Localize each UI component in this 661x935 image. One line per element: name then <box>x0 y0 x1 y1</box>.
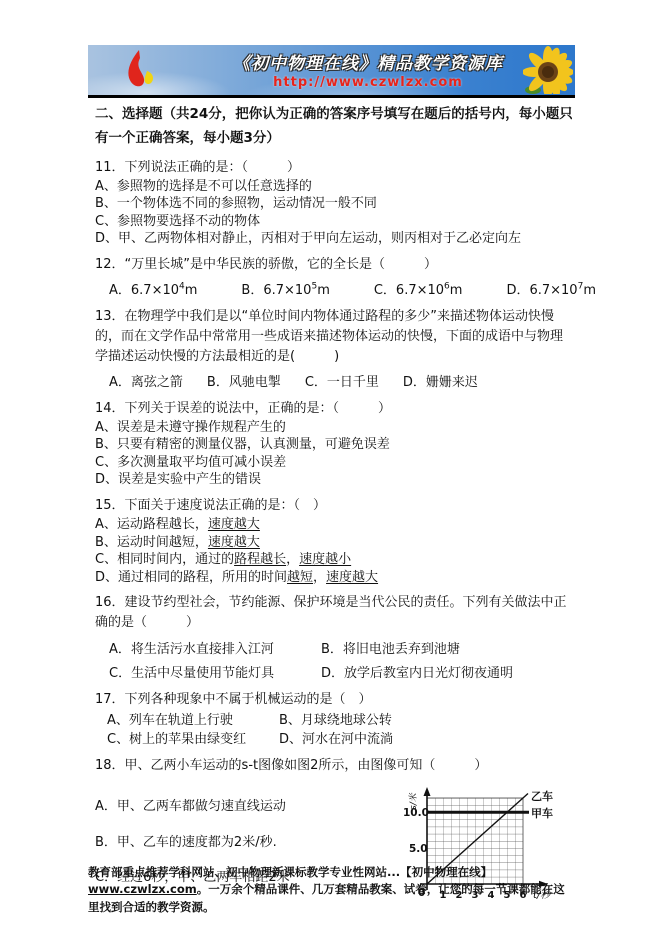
option-c: C．6.7×106m <box>374 282 463 300</box>
section-heading: 二、选择题（共24分，把你认为正确的答案序号填写在题后的括号内，每小题只有一个正… <box>95 102 573 151</box>
question-stem: 13．在物理学中我们是以“单位时间内物体通过路程的多少”来描述物体运动快慢的，而… <box>95 307 573 367</box>
banner-text-block: 《初中物理在线》精品教学资源库 http://www.czwlzx.com <box>198 49 538 90</box>
series-label-jiache: 甲车 <box>531 806 553 820</box>
option-b: B．将旧电池丢弃到池塘 <box>321 641 460 659</box>
option-a: A、列车在轨道上行驶 <box>107 712 279 730</box>
option-c: C．生活中尽量使用节能灯具 <box>109 665 321 683</box>
option-a: A、运动路程越长，速度越大 <box>95 516 573 534</box>
option-row: C．生活中尽量使用节能灯具 D．放学后教室内日光灯彻夜通明 <box>109 665 573 683</box>
option-b: B．风驰电掣 <box>207 374 281 392</box>
option-d: D、甲、乙两物体相对静止，丙相对于甲向左运动，则丙相对于乙必定向左 <box>95 230 573 248</box>
footer-promo: 教育部重点推荐学科网站、初中物理新课标教学专业性网站...【初中物理在线】www… <box>88 864 575 917</box>
site-title: 《初中物理在线》精品教学资源库 <box>198 49 538 74</box>
question-stem: 12．“万里长城”是中华民族的骄傲，它的全长是（ ） <box>95 255 573 275</box>
exam-page: 《初中物理在线》精品教学资源库 http://www.czwlzx.com <box>0 0 661 935</box>
option-b: B、月球绕地球公转 <box>279 712 392 730</box>
question-stem: 14．下列关于误差的说法中，正确的是：（ ） <box>95 399 573 419</box>
option-row: A．将生活污水直接排入江河 B．将旧电池丢弃到池塘 <box>109 641 573 659</box>
question-12: 12．“万里长城”是中华民族的骄傲，它的全长是（ ） A．6.7×104m B．… <box>95 255 573 300</box>
question-14: 14．下列关于误差的说法中，正确的是：（ ） A、误差是未遵守操作规程产生的 B… <box>95 399 573 489</box>
site-url: http://www.czwlzx.com <box>198 75 538 90</box>
option-b: B．6.7×105m <box>241 282 329 300</box>
option-b: B、一个物体选不同的参照物，运动情况一般不同 <box>95 195 573 213</box>
option-b: B、只要有精密的测量仪器，认真测量，可避免误差 <box>95 436 573 454</box>
y-axis-label: s/米 <box>408 792 419 810</box>
y-tick-5: 5.0 <box>409 843 428 855</box>
site-banner: 《初中物理在线》精品教学资源库 http://www.czwlzx.com <box>88 45 575 98</box>
question-stem: 17．下列各种现象中不属于机械运动的是（ ） <box>95 690 573 710</box>
question-11: 11．下列说法正确的是：（ ） A、参照物的选择是不可以任意选择的 B、一个物体… <box>95 158 573 248</box>
question-13: 13．在物理学中我们是以“单位时间内物体通过路程的多少”来描述物体运动快慢的，而… <box>95 307 573 392</box>
option-d: D、通过相同的路程，所用的时间越短，速度越大 <box>95 569 573 587</box>
question-16: 16．建设节约型社会，节约能源、保护环境是当代公民的责任。下列有关做法中正确的是… <box>95 593 573 682</box>
option-d: D．姗姗来迟 <box>403 374 478 392</box>
question-stem: 11．下列说法正确的是：（ ） <box>95 158 573 178</box>
option-a: A、参照物的选择是不可以任意选择的 <box>95 178 573 196</box>
option-row: A．6.7×104m B．6.7×105m C．6.7×106m D．6.7×1… <box>109 282 573 300</box>
option-a: A．离弦之箭 <box>109 374 183 392</box>
question-17: 17．下列各种现象中不属于机械运动的是（ ） A、列车在轨道上行驶 B、月球绕地… <box>95 690 573 749</box>
option-a: A．甲、乙两车都做匀速直线运动 <box>95 798 395 816</box>
footer-text-pre: 教育部重点推荐学科网站、初中物理新课标教学专业性网站...【初中物理在线】 <box>88 865 492 879</box>
option-row: C、树上的苹果由绿变红 D、河水在河中流淌 <box>107 731 573 749</box>
question-15: 15．下面关于速度说法正确的是：（ ） A、运动路程越长，速度越大 B、运动时间… <box>95 496 573 586</box>
option-c: C、树上的苹果由绿变红 <box>107 731 279 749</box>
question-stem: 18．甲、乙两小车运动的s-t图像如图2所示，由图像可知（ ） <box>95 756 573 776</box>
option-d: D、误差是实验中产生的错误 <box>95 471 573 489</box>
option-d: D．放学后教室内日光灯彻夜通明 <box>321 665 513 683</box>
option-b: B、运动时间越短，速度越大 <box>95 534 573 552</box>
series-label-yiche: 乙车 <box>531 789 553 803</box>
option-d: D、河水在河中流淌 <box>279 731 393 749</box>
question-stem: 16．建设节约型社会，节约能源、保护环境是当代公民的责任。下列有关做法中正确的是… <box>95 593 573 633</box>
option-row: A．离弦之箭 B．风驰电掣 C．一日千里 D．姗姗来迟 <box>109 374 573 392</box>
y-axis-arrow-icon <box>424 787 431 796</box>
question-stem: 15．下面关于速度说法正确的是：（ ） <box>95 496 573 516</box>
option-d: D．6.7×107m <box>506 282 596 300</box>
option-c: C、参照物要选择不动的物体 <box>95 213 573 231</box>
sunflower-icon <box>523 46 573 98</box>
exam-content: 二、选择题（共24分，把你认为正确的答案序号填写在题后的括号内，每小题只有一个正… <box>95 102 573 910</box>
option-b: B．甲、乙车的速度都为2米/秒. <box>95 834 395 852</box>
site-logo-icon <box>124 49 160 95</box>
footer-url-link[interactable]: www.czwlzx.com <box>88 882 197 896</box>
option-c: C、相同时间内，通过的路程越长，速度越小 <box>95 551 573 569</box>
option-a: A．6.7×104m <box>109 282 197 300</box>
option-c: C．一日千里 <box>305 374 379 392</box>
option-a: A．将生活污水直接排入江河 <box>109 641 321 659</box>
option-a: A、误差是未遵守操作规程产生的 <box>95 419 573 437</box>
option-c: C、多次测量取平均值可减小误差 <box>95 454 573 472</box>
option-row: A、列车在轨道上行驶 B、月球绕地球公转 <box>107 712 573 730</box>
